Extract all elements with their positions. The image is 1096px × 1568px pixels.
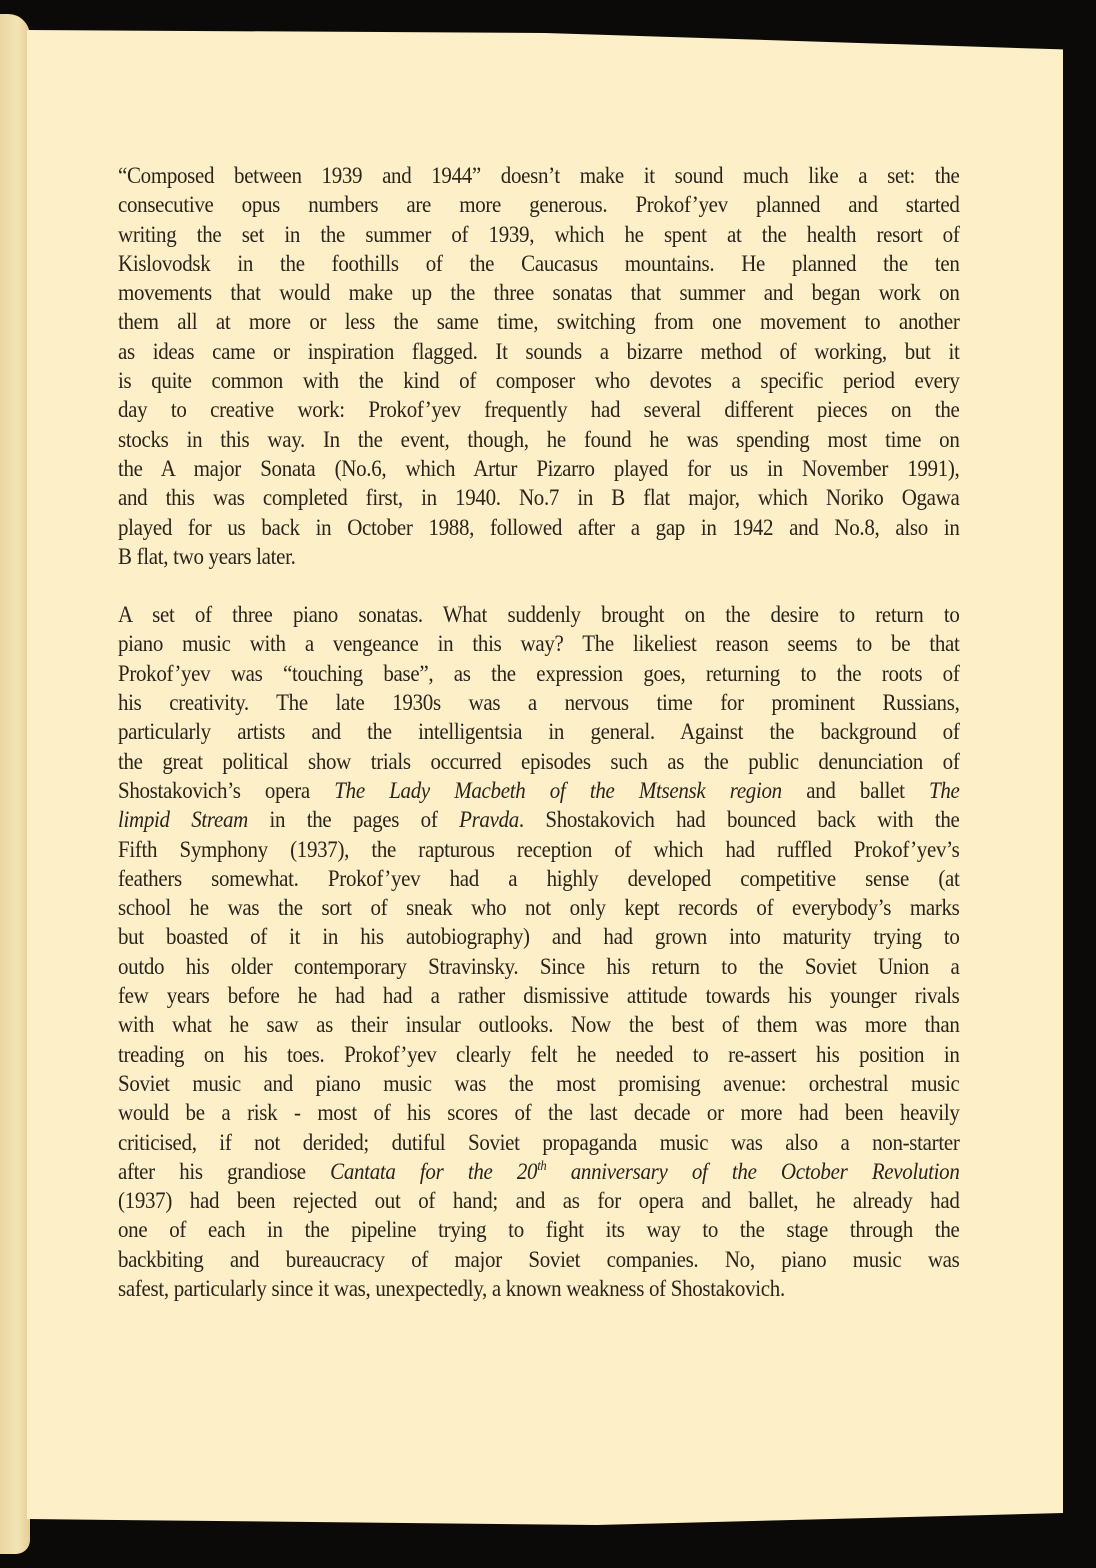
- text-line: Shostakovich’s opera The Lady Macbeth of…: [118, 777, 960, 806]
- text-line: stocks in this way. In the event, though…: [118, 426, 960, 455]
- paragraph-1: “Composed between 1939 and 1944” doesn’t…: [118, 162, 960, 572]
- text-line: writing the set in the summer of 1939, w…: [118, 221, 960, 250]
- text-line: one of each in the pipeline trying to fi…: [118, 1216, 960, 1245]
- ballet-title-start: The: [929, 778, 960, 804]
- text-line: backbiting and bureaucracy of major Sovi…: [118, 1246, 960, 1275]
- text-line: school he was the sort of sneak who not …: [118, 894, 960, 923]
- text-line: and this was completed first, in 1940. N…: [118, 484, 960, 513]
- text-line: is quite common with the kind of compose…: [118, 367, 960, 396]
- ordinal-suffix: th: [537, 1159, 546, 1174]
- text-line: movements that would make up the three s…: [118, 279, 960, 308]
- text-line: few years before he had had a rather dis…: [118, 982, 960, 1011]
- text-line: but boasted of it in his autobiography) …: [118, 923, 960, 952]
- ballet-title-end: limpid Stream: [118, 807, 248, 833]
- text-line: consecutive opus numbers are more genero…: [118, 191, 960, 220]
- text-line: would be a risk - most of his scores of …: [118, 1099, 960, 1128]
- text-line: with what he saw as their insular outloo…: [118, 1011, 960, 1040]
- text-line: feathers somewhat. Prokof’yev had a high…: [118, 865, 960, 894]
- text-line: piano music with a vengeance in this way…: [118, 630, 960, 659]
- text-line: Kislovodsk in the foothills of the Cauca…: [118, 250, 960, 279]
- paragraph-2: A set of three piano sonatas. What sudde…: [118, 601, 960, 1304]
- text-run: Shostakovich’s opera: [118, 778, 334, 804]
- text-line: safest, particularly since it was, unexp…: [118, 1275, 960, 1304]
- text-run: and ballet: [782, 778, 929, 804]
- newspaper-title: Pravda: [459, 807, 519, 833]
- text-run: after his grandiose: [118, 1159, 330, 1185]
- text-line: them all at more or less the same time, …: [118, 308, 960, 337]
- text-run: . Shostakovich had bounced back with the: [519, 807, 960, 833]
- body-text: “Composed between 1939 and 1944” doesn’t…: [118, 162, 876, 1304]
- text-line: day to creative work: Prokof’yev frequen…: [118, 396, 960, 425]
- text-line: the A major Sonata (No.6, which Artur Pi…: [118, 455, 960, 484]
- text-line: A set of three piano sonatas. What sudde…: [118, 601, 960, 630]
- text-line: his creativity. The late 1930s was a ner…: [118, 689, 960, 718]
- text-line: Soviet music and piano music was the mos…: [118, 1070, 960, 1099]
- text-run: anniversary of the October Revolution: [546, 1159, 959, 1185]
- text-line: after his grandiose Cantata for the 20th…: [118, 1158, 960, 1187]
- text-line: treading on his toes. Prokof’yev clearly…: [118, 1041, 960, 1070]
- text-run: Cantata for the 20: [330, 1159, 537, 1185]
- text-line: Prokof’yev was “touching base”, as the e…: [118, 660, 960, 689]
- cantata-title: Cantata for the 20th anniversary of the …: [330, 1159, 959, 1185]
- text-line: (1937) had been rejected out of hand; an…: [118, 1187, 960, 1216]
- text-line: particularly artists and the intelligent…: [118, 718, 960, 747]
- text-line: the great political show trials occurred…: [118, 748, 960, 777]
- text-line: criticised, if not derided; dutiful Sovi…: [118, 1129, 960, 1158]
- text-line: outdo his older contemporary Stravinsky.…: [118, 953, 960, 982]
- adjacent-page-edge: [0, 14, 30, 1554]
- opera-title: The Lady Macbeth of the Mtsensk region: [334, 778, 782, 804]
- text-line: played for us back in October 1988, foll…: [118, 514, 960, 543]
- text-line: “Composed between 1939 and 1944” doesn’t…: [118, 162, 960, 191]
- text-line: Fifth Symphony (1937), the rapturous rec…: [118, 836, 960, 865]
- text-line: limpid Stream in the pages of Pravda. Sh…: [118, 806, 960, 835]
- text-line: B flat, two years later.: [118, 543, 960, 572]
- text-run: in the pages of: [248, 807, 459, 833]
- text-line: as ideas came or inspiration flagged. It…: [118, 338, 960, 367]
